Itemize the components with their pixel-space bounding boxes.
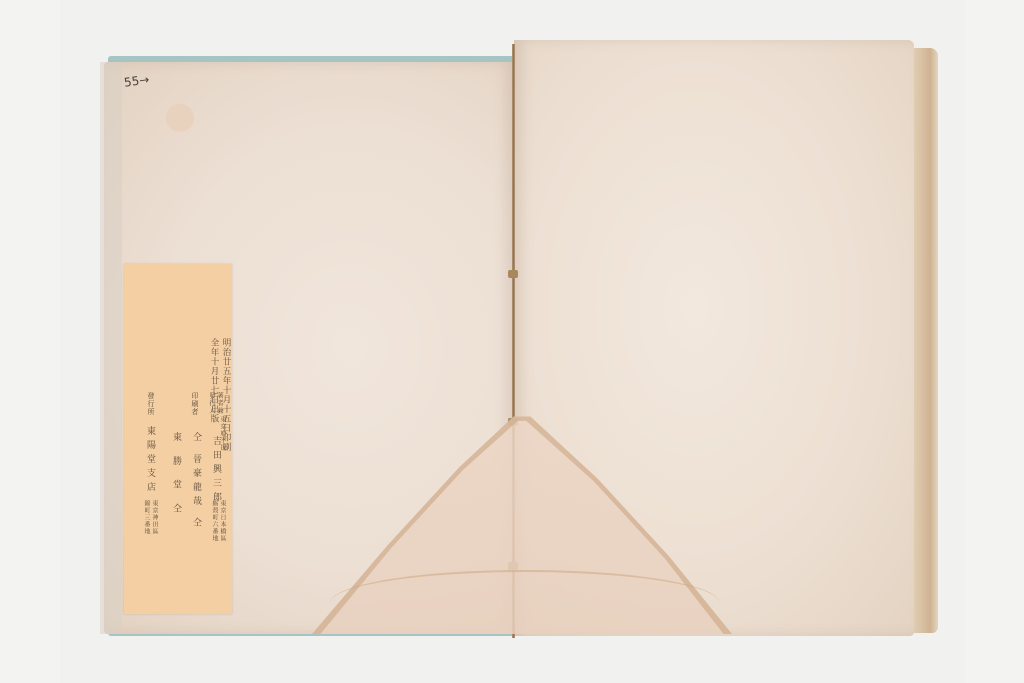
issuer-location-2: 錦町三番地 bbox=[142, 500, 151, 535]
printer-name: 仝 晉豪龍哉 仝 bbox=[190, 432, 203, 532]
round-stain bbox=[166, 104, 194, 132]
issuer-role: 發行所 bbox=[146, 392, 156, 416]
publisher-role: 發行人 bbox=[208, 392, 217, 415]
author-location-2: 蛎殼町六番地 bbox=[210, 500, 219, 542]
page-edges-stack bbox=[912, 48, 938, 633]
author-name: 吉田興三郎 bbox=[210, 436, 223, 506]
issuer-name: 東陽堂支店 bbox=[144, 426, 157, 496]
author-role: 著者兼 bbox=[216, 392, 225, 415]
left-page-torn-edge bbox=[100, 62, 122, 634]
colophon-label: 明治廿五年十月十五日印刷 全年十月廿七日出版 著者兼 發行人 東京府平民 吉田興… bbox=[124, 264, 232, 614]
binding-stitch bbox=[508, 270, 518, 278]
printer-role: 印刷者 bbox=[190, 392, 200, 416]
open-book: 55→ 明治廿五年十月十五日印刷 全年十月廿七日出版 著者兼 發行人 東京府平民… bbox=[0, 0, 1024, 683]
seller-name: 東 勝 堂 仝 bbox=[170, 432, 183, 519]
issuer-location-1: 東京神田區 bbox=[150, 500, 159, 535]
author-location-1: 東京日本橋區 bbox=[218, 500, 227, 542]
water-stain-inner-ring bbox=[330, 570, 720, 636]
